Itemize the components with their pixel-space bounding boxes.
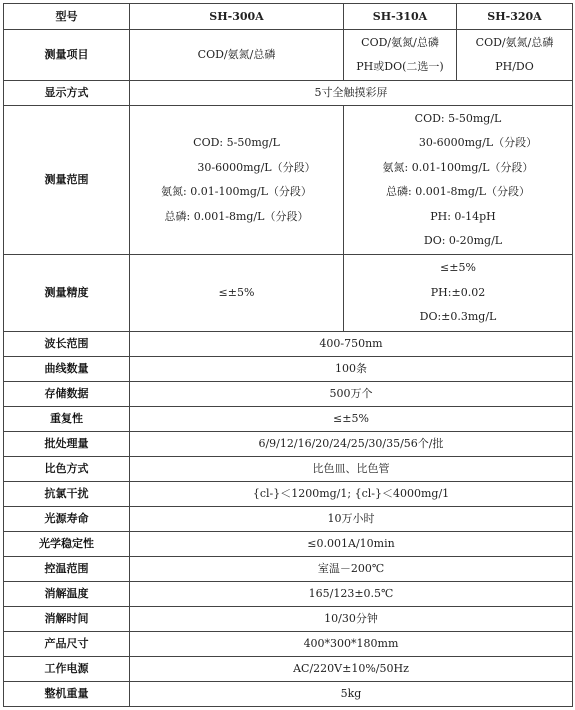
spec-label: 波长范围 [4,332,130,357]
header-row: 型号 SH-300A SH-310A SH-320A [4,4,573,30]
spec-row: 重复性 ≤±5% [4,407,573,432]
spec-row: 抗氯干扰 {cl-}＜1200mg/1; {cl-}＜4000mg/1 [4,482,573,507]
spec-label: 消解温度 [4,582,130,607]
spec-label: 消解时间 [4,607,130,632]
spec-label: 比色方式 [4,457,130,482]
measure-items-row: 测量项目 COD/氨氮/总磷 COD/氨氮/总磷 PH或DO(二选一) COD/… [4,30,573,81]
spec-label: 重复性 [4,407,130,432]
spec-value: 165/123±0.5℃ [130,582,573,607]
cell-line: COD: 5-50mg/L [130,131,343,156]
display-row: 显示方式 5寸全触摸彩屏 [4,81,573,106]
spec-value: 100条 [130,357,573,382]
model-sh300a: SH-300A [130,4,344,30]
cell-line: PH或DO(二选一) [344,55,456,80]
cell-line: 氨氮: 0.01-100mg/L（分段） [130,180,343,205]
spec-value: {cl-}＜1200mg/1; {cl-}＜4000mg/1 [130,482,573,507]
spec-row: 工作电源 AC/220V±10%/50Hz [4,657,573,682]
measure-range-label: 测量范围 [4,106,130,255]
spec-label: 曲线数量 [4,357,130,382]
spec-label: 控温范围 [4,557,130,582]
model-sh310a: SH-310A [344,4,457,30]
cell-line: 30-6000mg/L（分段） [344,131,572,156]
spec-label: 光源寿命 [4,507,130,532]
cell-line: 总磷: 0.001-8mg/L（分段） [130,205,343,230]
spec-label: 光学稳定性 [4,532,130,557]
spec-value: 400-750nm [130,332,573,357]
cell-line: 氨氮: 0.01-100mg/L（分段） [344,156,572,181]
spec-value: 6/9/12/16/20/24/25/30/35/56个/批 [130,432,573,457]
spec-value: 比色皿、比色管 [130,457,573,482]
spec-row: 比色方式 比色皿、比色管 [4,457,573,482]
precision-label: 测量精度 [4,255,130,332]
cell-line: PH: 0-14pH [344,205,572,230]
cell-line: PH/DO [457,55,572,80]
spec-value: 10/30分钟 [130,607,573,632]
model-label: 型号 [4,4,130,30]
spec-value: 400*300*180mm [130,632,573,657]
spec-label: 批处理量 [4,432,130,457]
spec-label: 抗氯干扰 [4,482,130,507]
spec-row: 波长范围 400-750nm [4,332,573,357]
spec-value: 10万小时 [130,507,573,532]
display-label: 显示方式 [4,81,130,106]
spec-row: 整机重量 5kg [4,682,573,707]
spec-value: ≤±5% [130,407,573,432]
spec-value: AC/220V±10%/50Hz [130,657,573,682]
precision-sh310a-sh320a: ≤±5% PH:±0.02 DO:±0.3mg/L [344,255,573,332]
precision-row: 测量精度 ≤±5% ≤±5% PH:±0.02 DO:±0.3mg/L [4,255,573,332]
cell-line: ≤±5% [344,256,572,281]
cell-line: COD/氨氮/总磷 [457,31,572,56]
measure-range-row: 测量范围 COD: 5-50mg/L 30-6000mg/L（分段） 氨氮: 0… [4,106,573,255]
display-value: 5寸全触摸彩屏 [130,81,573,106]
measure-items-label: 测量项目 [4,30,130,81]
model-sh320a: SH-320A [457,4,573,30]
spec-label: 整机重量 [4,682,130,707]
measure-items-sh320a: COD/氨氮/总磷 PH/DO [457,30,573,81]
spec-label: 产品尺寸 [4,632,130,657]
spec-table: 型号 SH-300A SH-310A SH-320A 测量项目 COD/氨氮/总… [3,3,573,707]
spec-value: 室温－200℃ [130,557,573,582]
spec-row: 存储数据 500万个 [4,382,573,407]
measure-items-sh300a: COD/氨氮/总磷 [130,30,344,81]
spec-row: 光学稳定性 ≤0.001A/10min [4,532,573,557]
spec-value: ≤0.001A/10min [130,532,573,557]
cell-line: COD: 5-50mg/L [344,107,572,132]
spec-value: 5kg [130,682,573,707]
spec-row: 控温范围 室温－200℃ [4,557,573,582]
spec-row: 产品尺寸 400*300*180mm [4,632,573,657]
cell-line: PH:±0.02 [344,281,572,306]
measure-range-sh300a: COD: 5-50mg/L 30-6000mg/L（分段） 氨氮: 0.01-1… [130,106,344,255]
measure-items-sh310a: COD/氨氮/总磷 PH或DO(二选一) [344,30,457,81]
cell-line: DO:±0.3mg/L [344,305,572,330]
cell-line: 30-6000mg/L（分段） [130,156,343,181]
precision-sh300a: ≤±5% [130,255,344,332]
spec-value: 500万个 [130,382,573,407]
cell-line: 总磷: 0.001-8mg/L（分段） [344,180,572,205]
spec-row: 批处理量 6/9/12/16/20/24/25/30/35/56个/批 [4,432,573,457]
spec-row: 消解温度 165/123±0.5℃ [4,582,573,607]
spec-row: 消解时间 10/30分钟 [4,607,573,632]
measure-range-sh310a-sh320a: COD: 5-50mg/L 30-6000mg/L（分段） 氨氮: 0.01-1… [344,106,573,255]
spec-label: 存储数据 [4,382,130,407]
spec-row: 曲线数量 100条 [4,357,573,382]
cell-line: COD/氨氮/总磷 [344,31,456,56]
spec-label: 工作电源 [4,657,130,682]
cell-line: DO: 0-20mg/L [344,229,572,254]
spec-row: 光源寿命 10万小时 [4,507,573,532]
